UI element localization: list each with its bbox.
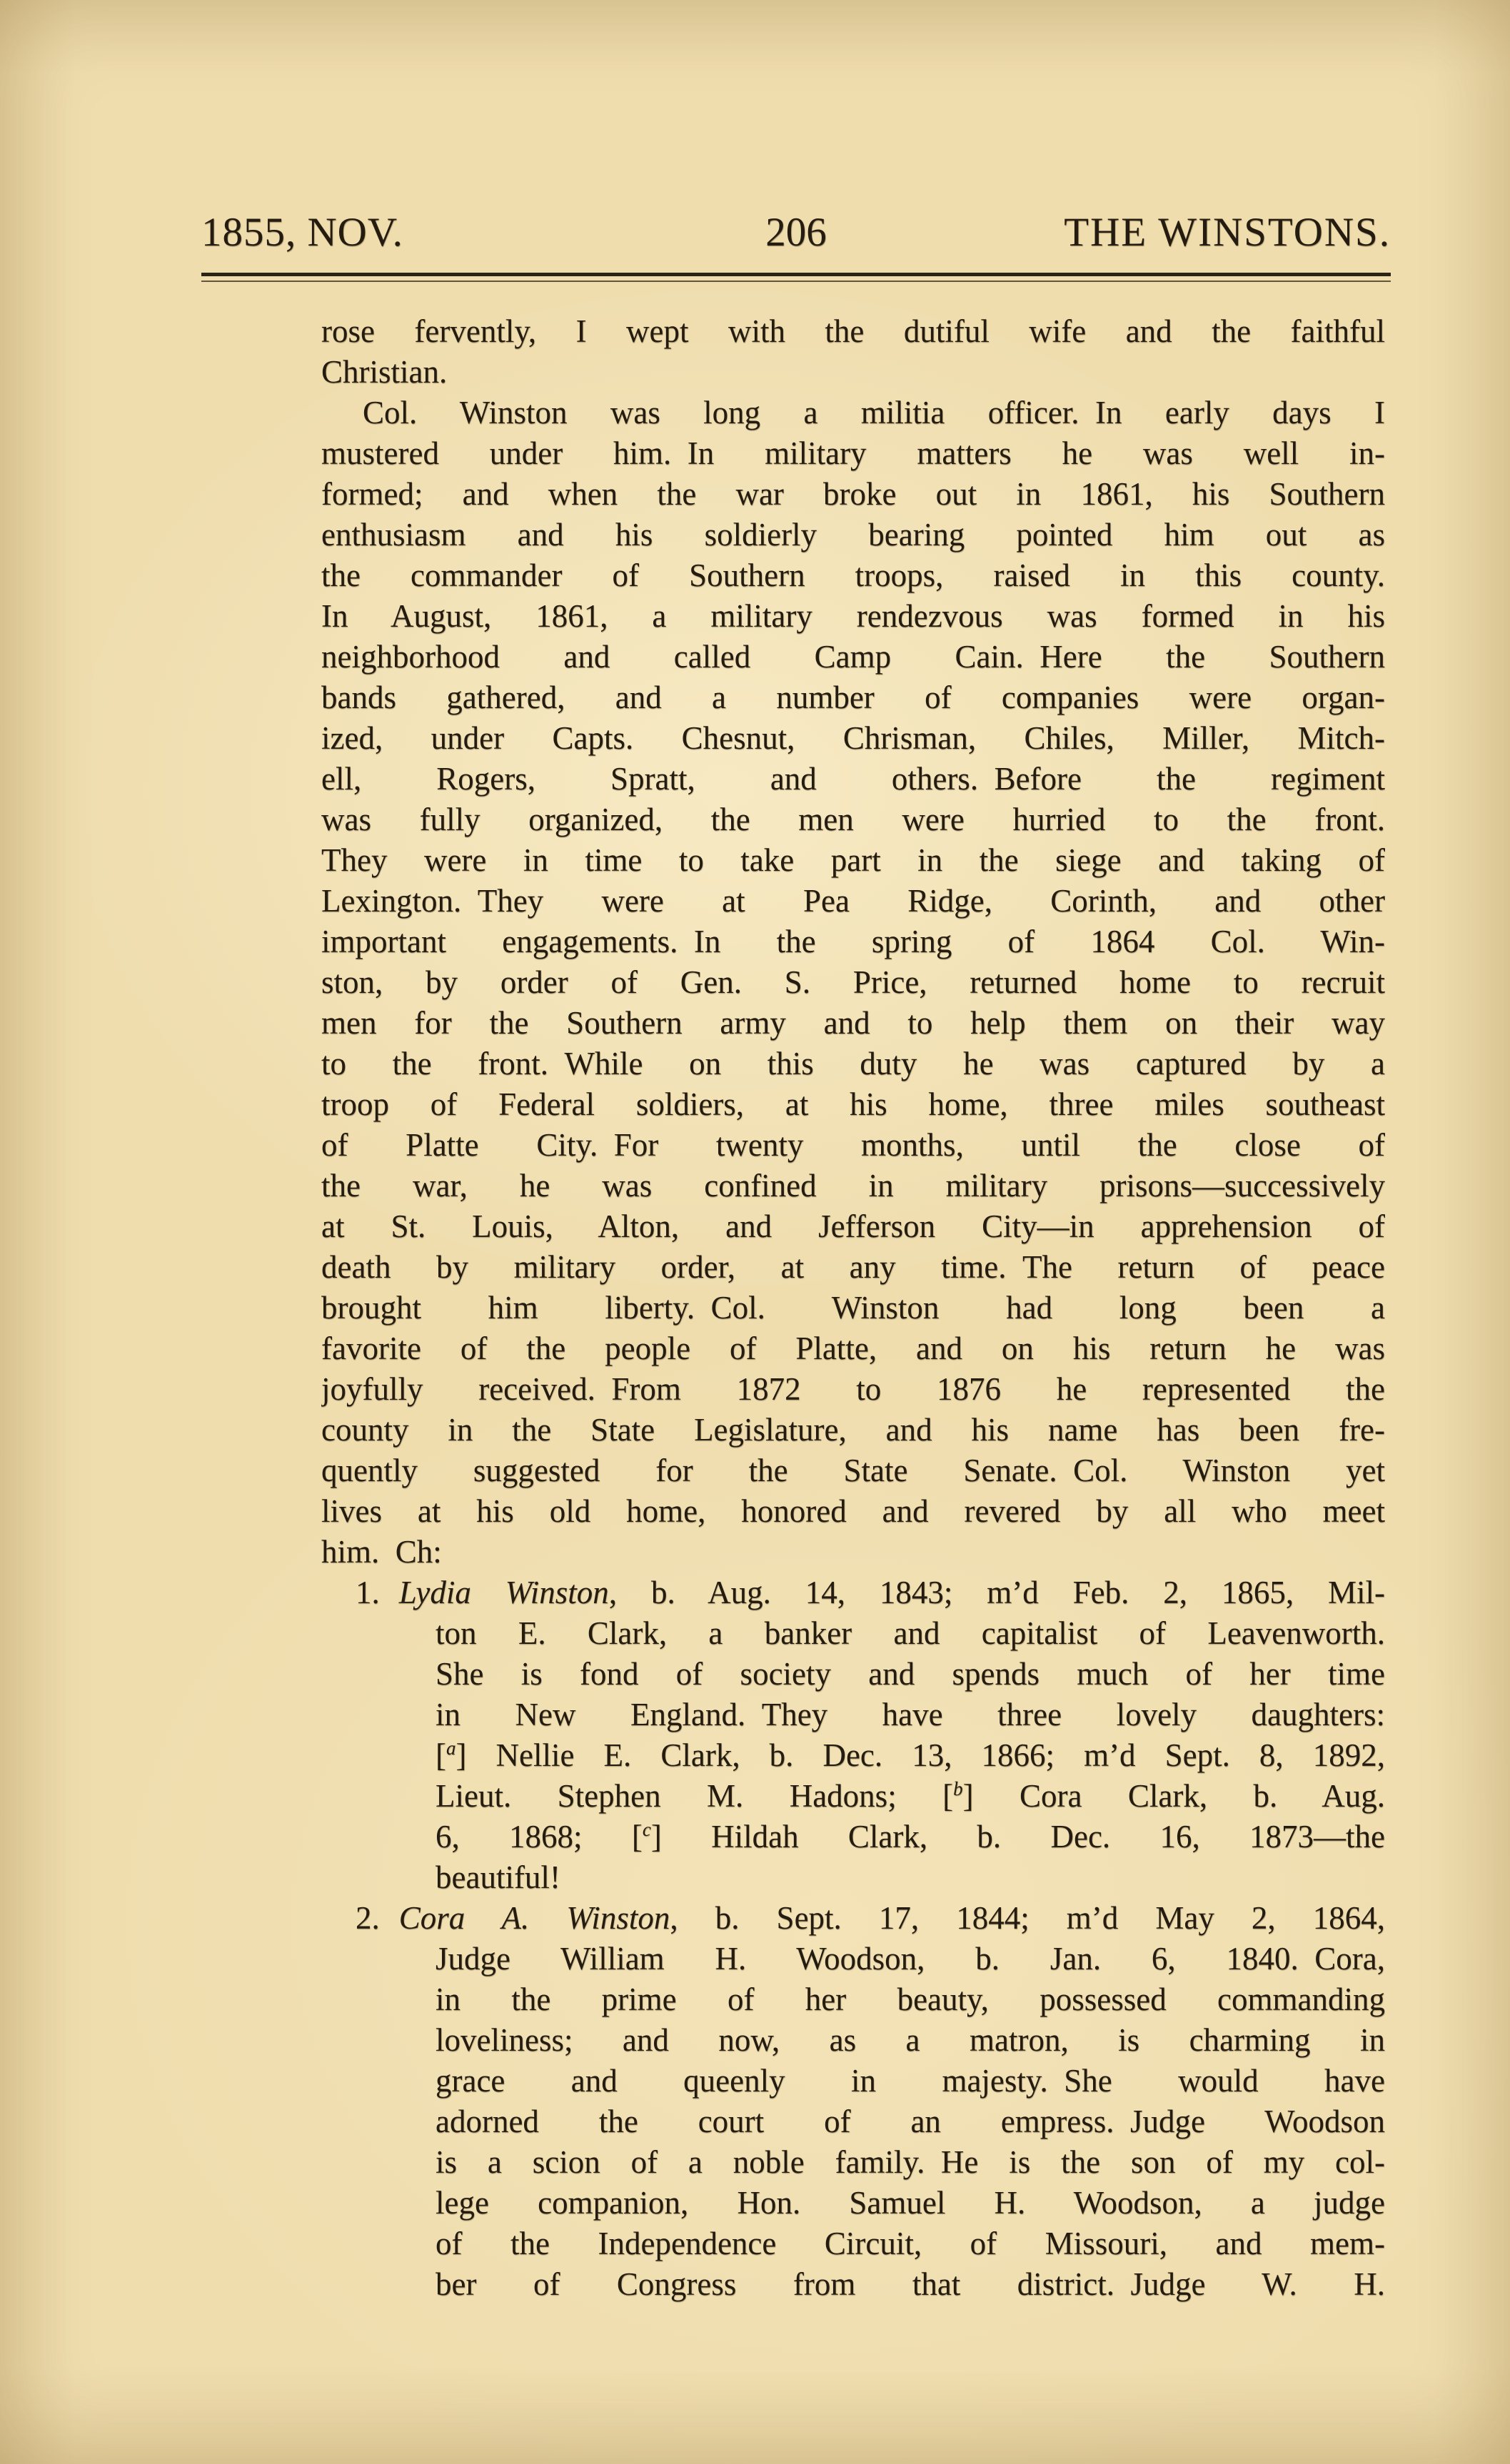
text-line: [a] Nellie E. Clark, b. Dec. 13, 1866; m…: [321, 1735, 1385, 1776]
text-segment: of Platte City. For twenty months, until…: [321, 1127, 1385, 1163]
text-segment: [: [436, 1737, 446, 1773]
text-segment: troop of Federal soldiers, at his home, …: [321, 1086, 1385, 1122]
page-body: rose fervently, I wept with the dutiful …: [321, 311, 1385, 2305]
text-line: of the Independence Circuit, of Missouri…: [321, 2223, 1385, 2264]
text-segment: bands gathered, and a number of companie…: [321, 680, 1385, 715]
text-segment: Christian.: [321, 354, 447, 390]
text-line: In August, 1861, a military rendezvous w…: [321, 596, 1385, 637]
text-segment: neighborhood and called Camp Cain. Here …: [321, 639, 1385, 675]
text-line: neighborhood and called Camp Cain. Here …: [321, 637, 1385, 677]
header-rule: [201, 273, 1391, 282]
italic-text: a: [446, 1737, 456, 1773]
text-segment: ston, by order of Gen. S. Price, returne…: [321, 964, 1385, 1000]
text-line: favorite of the people of Platte, and on…: [321, 1328, 1385, 1369]
text-segment: county in the State Legislature, and his…: [321, 1412, 1385, 1448]
text-line: death by military order, at any time. Th…: [321, 1247, 1385, 1288]
text-segment: grace and queenly in majesty. She would …: [436, 2063, 1385, 2099]
text-segment: the commander of Southern troops, raised…: [321, 557, 1385, 593]
header-date: 1855, NOV.: [201, 211, 403, 254]
text-segment: of the Independence Circuit, of Missouri…: [436, 2226, 1385, 2261]
text-segment: Col. Winston was long a militia officer.…: [363, 395, 1385, 430]
text-segment: the war, he was confined in military pri…: [321, 1168, 1385, 1203]
page-number: 206: [765, 211, 827, 254]
italic-text: c: [643, 1819, 651, 1854]
text-line: men for the Southern army and to help th…: [321, 1003, 1385, 1044]
header-title: THE WINSTONS.: [1064, 211, 1391, 254]
text-line: to the front. While on this duty he was …: [321, 1044, 1385, 1084]
text-line: in the prime of her beauty, possessed co…: [321, 1979, 1385, 2020]
text-segment: lives at his old home, honored and rever…: [321, 1493, 1385, 1529]
text-line: They were in time to take part in the si…: [321, 840, 1385, 881]
text-line: mustered under him. In military matters …: [321, 433, 1385, 474]
text-segment: They were in time to take part in the si…: [321, 842, 1385, 878]
text-segment: is a scion of a noble family. He is the …: [436, 2144, 1385, 2180]
book-page: 1855, NOV. 206 THE WINSTONS. rose ferven…: [0, 0, 1510, 2464]
text-segment: joyfully received. From 1872 to 1876 he …: [321, 1371, 1385, 1407]
text-line: bands gathered, and a number of companie…: [321, 677, 1385, 718]
text-segment: in New England. They have three lovely d…: [436, 1697, 1385, 1732]
text-segment: Judge William H. Woodson, b. Jan. 6, 184…: [436, 1941, 1385, 1976]
text-line: was fully organized, the men were hurrie…: [321, 799, 1385, 840]
list-number: 1.: [356, 1575, 380, 1610]
text-line: lege companion, Hon. Samuel H. Woodson, …: [321, 2183, 1385, 2223]
list-item: 2.Cora A. Winston, b. Sept. 17, 1844; m’…: [321, 1898, 1385, 2305]
rule-line-thick: [201, 273, 1391, 276]
text-segment: ell, Rogers, Spratt, and others. Before …: [321, 761, 1385, 797]
text-segment: men for the Southern army and to help th…: [321, 1005, 1385, 1041]
text-line: quently suggested for the State Senate. …: [321, 1450, 1385, 1491]
text-segment: ] Cora Clark, b. Aug.: [963, 1778, 1385, 1814]
text-segment: She is fond of society and spends much o…: [436, 1656, 1385, 1692]
text-segment: loveliness; and now, as a matron, is cha…: [436, 2022, 1385, 2058]
text-line: troop of Federal soldiers, at his home, …: [321, 1084, 1385, 1125]
text-line: Lexington. They were at Pea Ridge, Corin…: [321, 881, 1385, 922]
text-line: She is fond of society and spends much o…: [321, 1654, 1385, 1695]
italic-text: b: [953, 1778, 963, 1814]
text-line: loveliness; and now, as a matron, is cha…: [321, 2020, 1385, 2061]
text-line: formed; and when the war broke out in 18…: [321, 474, 1385, 515]
text-segment: Lieut. Stephen M. Hadons; [: [436, 1778, 953, 1814]
text-segment: in the prime of her beauty, possessed co…: [436, 1981, 1385, 2017]
rule-line-thin: [201, 281, 1391, 282]
text-line: 6, 1868; [c] Hildah Clark, b. Dec. 16, 1…: [321, 1817, 1385, 1857]
text-line: 2.Cora A. Winston, b. Sept. 17, 1844; m’…: [321, 1898, 1385, 1939]
text-line: rose fervently, I wept with the dutiful …: [321, 311, 1385, 352]
text-segment: at St. Louis, Alton, and Jefferson City—…: [321, 1208, 1385, 1244]
text-segment: quently suggested for the State Senate. …: [321, 1453, 1385, 1488]
text-line: in New England. They have three lovely d…: [321, 1695, 1385, 1735]
text-line: the war, he was confined in military pri…: [321, 1166, 1385, 1206]
text-segment: , b. Sept. 17, 1844; m’d May 2, 1864,: [670, 1900, 1385, 1936]
text-line: Christian.: [321, 352, 1385, 393]
text-line: of Platte City. For twenty months, until…: [321, 1125, 1385, 1166]
text-line: him. Ch:: [321, 1532, 1385, 1572]
text-segment: , b. Aug. 14, 1843; m’d Feb. 2, 1865, Mi…: [609, 1575, 1385, 1610]
text-line: Lieut. Stephen M. Hadons; [b] Cora Clark…: [321, 1776, 1385, 1817]
text-line: 1.Lydia Winston, b. Aug. 14, 1843; m’d F…: [321, 1572, 1385, 1613]
text-line: adorned the court of an empress. Judge W…: [321, 2101, 1385, 2142]
text-line: beautiful!: [321, 1857, 1385, 1898]
text-line: ell, Rogers, Spratt, and others. Before …: [321, 759, 1385, 799]
text-segment: brought him liberty. Col. Winston had lo…: [321, 1290, 1385, 1326]
text-line: grace and queenly in majesty. She would …: [321, 2061, 1385, 2101]
text-segment: was fully organized, the men were hurrie…: [321, 802, 1385, 837]
text-segment: favorite of the people of Platte, and on…: [321, 1331, 1385, 1366]
text-segment: Lexington. They were at Pea Ridge, Corin…: [321, 883, 1385, 919]
italic-text: Lydia Winston: [399, 1575, 609, 1610]
text-segment: rose fervently, I wept with the dutiful …: [321, 313, 1385, 349]
text-line: county in the State Legislature, and his…: [321, 1410, 1385, 1450]
text-segment: to the front. While on this duty he was …: [321, 1046, 1385, 1081]
text-line: is a scion of a noble family. He is the …: [321, 2142, 1385, 2183]
text-line: Col. Winston was long a militia officer.…: [321, 393, 1385, 433]
text-segment: formed; and when the war broke out in 18…: [321, 476, 1385, 512]
text-line: lives at his old home, honored and rever…: [321, 1491, 1385, 1532]
text-line: joyfully received. From 1872 to 1876 he …: [321, 1369, 1385, 1410]
italic-text: Cora A. Winston: [399, 1900, 670, 1936]
text-segment: mustered under him. In military matters …: [321, 435, 1385, 471]
text-line: ber of Congress from that district. Judg…: [321, 2264, 1385, 2305]
text-segment: In August, 1861, a military rendezvous w…: [321, 598, 1385, 634]
text-segment: ized, under Capts. Chesnut, Chrisman, Ch…: [321, 720, 1385, 756]
text-segment: beautiful!: [436, 1859, 560, 1895]
text-segment: him. Ch:: [321, 1534, 442, 1570]
list-number: 2.: [356, 1900, 380, 1936]
text-line: ized, under Capts. Chesnut, Chrisman, Ch…: [321, 718, 1385, 759]
text-segment: ton E. Clark, a banker and capitalist of…: [436, 1615, 1385, 1651]
text-line: ston, by order of Gen. S. Price, returne…: [321, 962, 1385, 1003]
paragraph: Col. Winston was long a militia officer.…: [321, 393, 1385, 1572]
text-segment: adorned the court of an empress. Judge W…: [436, 2104, 1385, 2139]
text-line: the commander of Southern troops, raised…: [321, 555, 1385, 596]
text-segment: enthusiasm and his soldierly bearing poi…: [321, 517, 1385, 552]
text-segment: ber of Congress from that district. Judg…: [436, 2266, 1385, 2302]
text-segment: ] Nellie E. Clark, b. Dec. 13, 1866; m’d…: [456, 1737, 1386, 1773]
text-line: ton E. Clark, a banker and capitalist of…: [321, 1613, 1385, 1654]
text-line: important engagements. In the spring of …: [321, 922, 1385, 962]
text-line: enthusiasm and his soldierly bearing poi…: [321, 515, 1385, 555]
text-segment: 6, 1868; [: [436, 1819, 643, 1854]
text-segment: death by military order, at any time. Th…: [321, 1249, 1385, 1285]
paragraph: rose fervently, I wept with the dutiful …: [321, 311, 1385, 393]
page-header: 1855, NOV. 206 THE WINSTONS.: [201, 211, 1391, 256]
text-line: Judge William H. Woodson, b. Jan. 6, 184…: [321, 1939, 1385, 1979]
text-line: brought him liberty. Col. Winston had lo…: [321, 1288, 1385, 1328]
list-item: 1.Lydia Winston, b. Aug. 14, 1843; m’d F…: [321, 1572, 1385, 1898]
text-line: at St. Louis, Alton, and Jefferson City—…: [321, 1206, 1385, 1247]
text-segment: important engagements. In the spring of …: [321, 924, 1385, 959]
text-segment: lege companion, Hon. Samuel H. Woodson, …: [436, 2185, 1385, 2221]
text-segment: ] Hildah Clark, b. Dec. 16, 1873—the: [651, 1819, 1385, 1854]
